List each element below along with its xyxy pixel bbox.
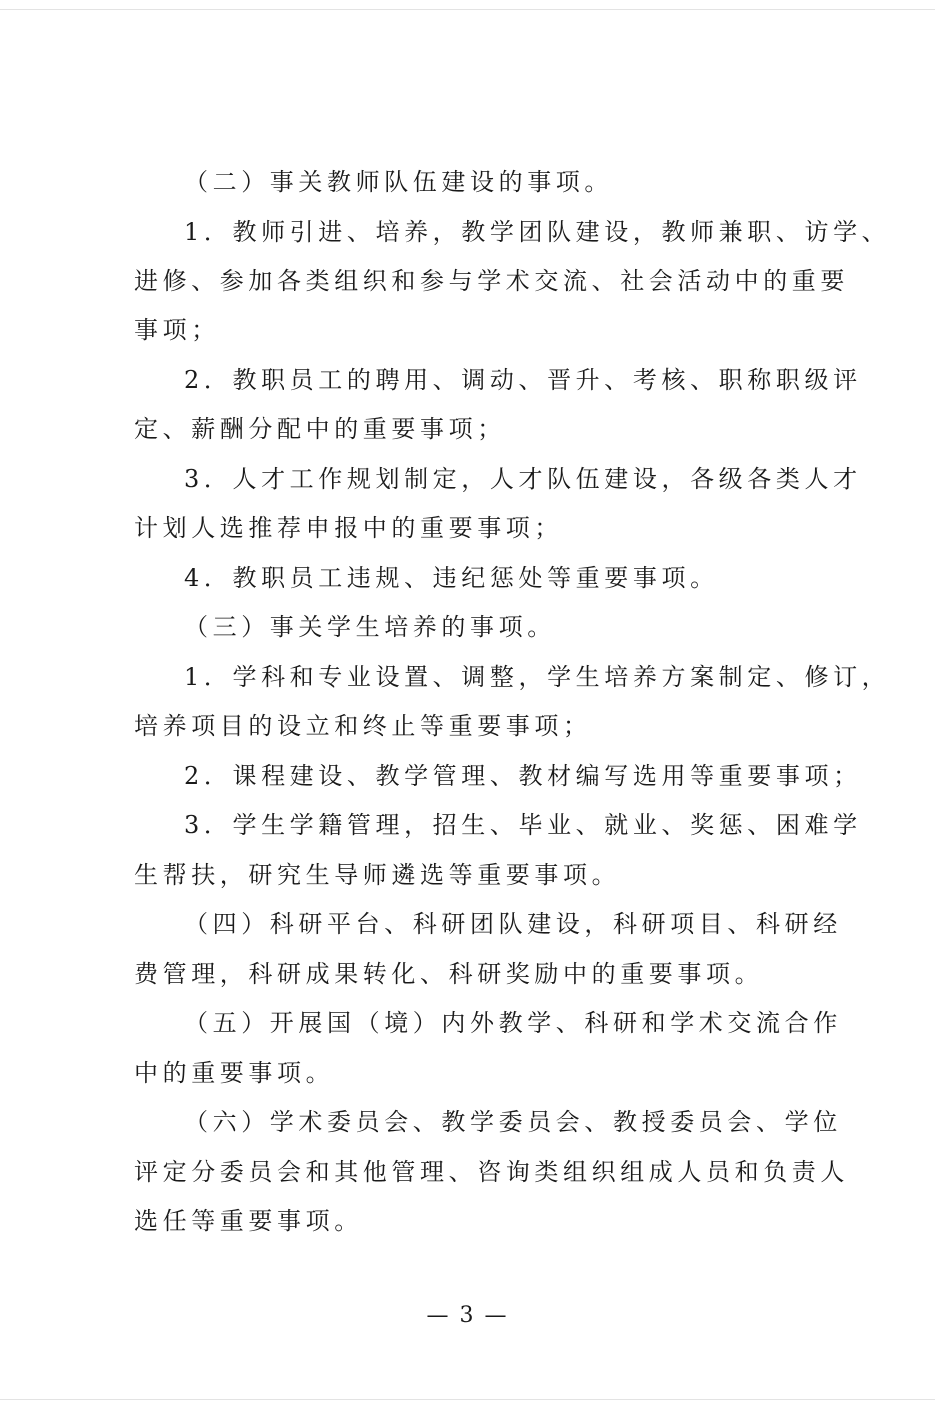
paragraph-line: 1．教师引进、培养，教学团队建设，教师兼职、访学、 <box>184 216 864 248</box>
paragraph-line: 生帮扶，研究生导师遴选等重要事项。 <box>134 859 814 891</box>
section-heading-4: （四）科研平台、科研团队建设，科研项目、科研经 <box>184 908 864 940</box>
section-heading-5: （五）开展国（境）内外教学、科研和学术交流合作 <box>184 1007 864 1039</box>
section-heading-2: （二）事关教师队伍建设的事项。 <box>184 166 864 198</box>
paragraph-line: 选任等重要事项。 <box>134 1205 814 1237</box>
bottom-divider <box>0 1399 935 1400</box>
paragraph-line: 2．教职员工的聘用、调动、晋升、考核、职称职级评 <box>184 364 864 396</box>
paragraph-line: 进修、参加各类组织和参与学术交流、社会活动中的重要 <box>134 265 814 297</box>
paragraph-line: 计划人选推荐申报中的重要事项； <box>134 512 814 544</box>
paragraph-line: 评定分委员会和其他管理、咨询类组织组成人员和负责人 <box>134 1156 814 1188</box>
paragraph-line: 培养项目的设立和终止等重要事项； <box>134 710 814 742</box>
paragraph-line: 定、薪酬分配中的重要事项； <box>134 413 814 445</box>
paragraph-line: 3．人才工作规划制定，人才队伍建设，各级各类人才 <box>184 463 864 495</box>
paragraph-line: 3．学生学籍管理，招生、毕业、就业、奖惩、困难学 <box>184 809 864 841</box>
section-heading-3: （三）事关学生培养的事项。 <box>184 611 864 643</box>
paragraph-line: 费管理，科研成果转化、科研奖励中的重要事项。 <box>134 958 814 990</box>
section-heading-6: （六）学术委员会、教学委员会、教授委员会、学位 <box>184 1106 864 1138</box>
paragraph-line: 事项； <box>134 314 814 346</box>
document-page: （二）事关教师队伍建设的事项。 1．教师引进、培养，教学团队建设，教师兼职、访学… <box>0 0 935 1402</box>
paragraph-line: 1．学科和专业设置、调整，学生培养方案制定、修订， <box>184 661 864 693</box>
paragraph-line: 4．教职员工违规、违纪惩处等重要事项。 <box>184 562 864 594</box>
paragraph-line: 中的重要事项。 <box>134 1057 814 1089</box>
page-number: — 3 — <box>0 1302 935 1330</box>
paragraph-line: 2．课程建设、教学管理、教材编写选用等重要事项； <box>184 760 864 792</box>
